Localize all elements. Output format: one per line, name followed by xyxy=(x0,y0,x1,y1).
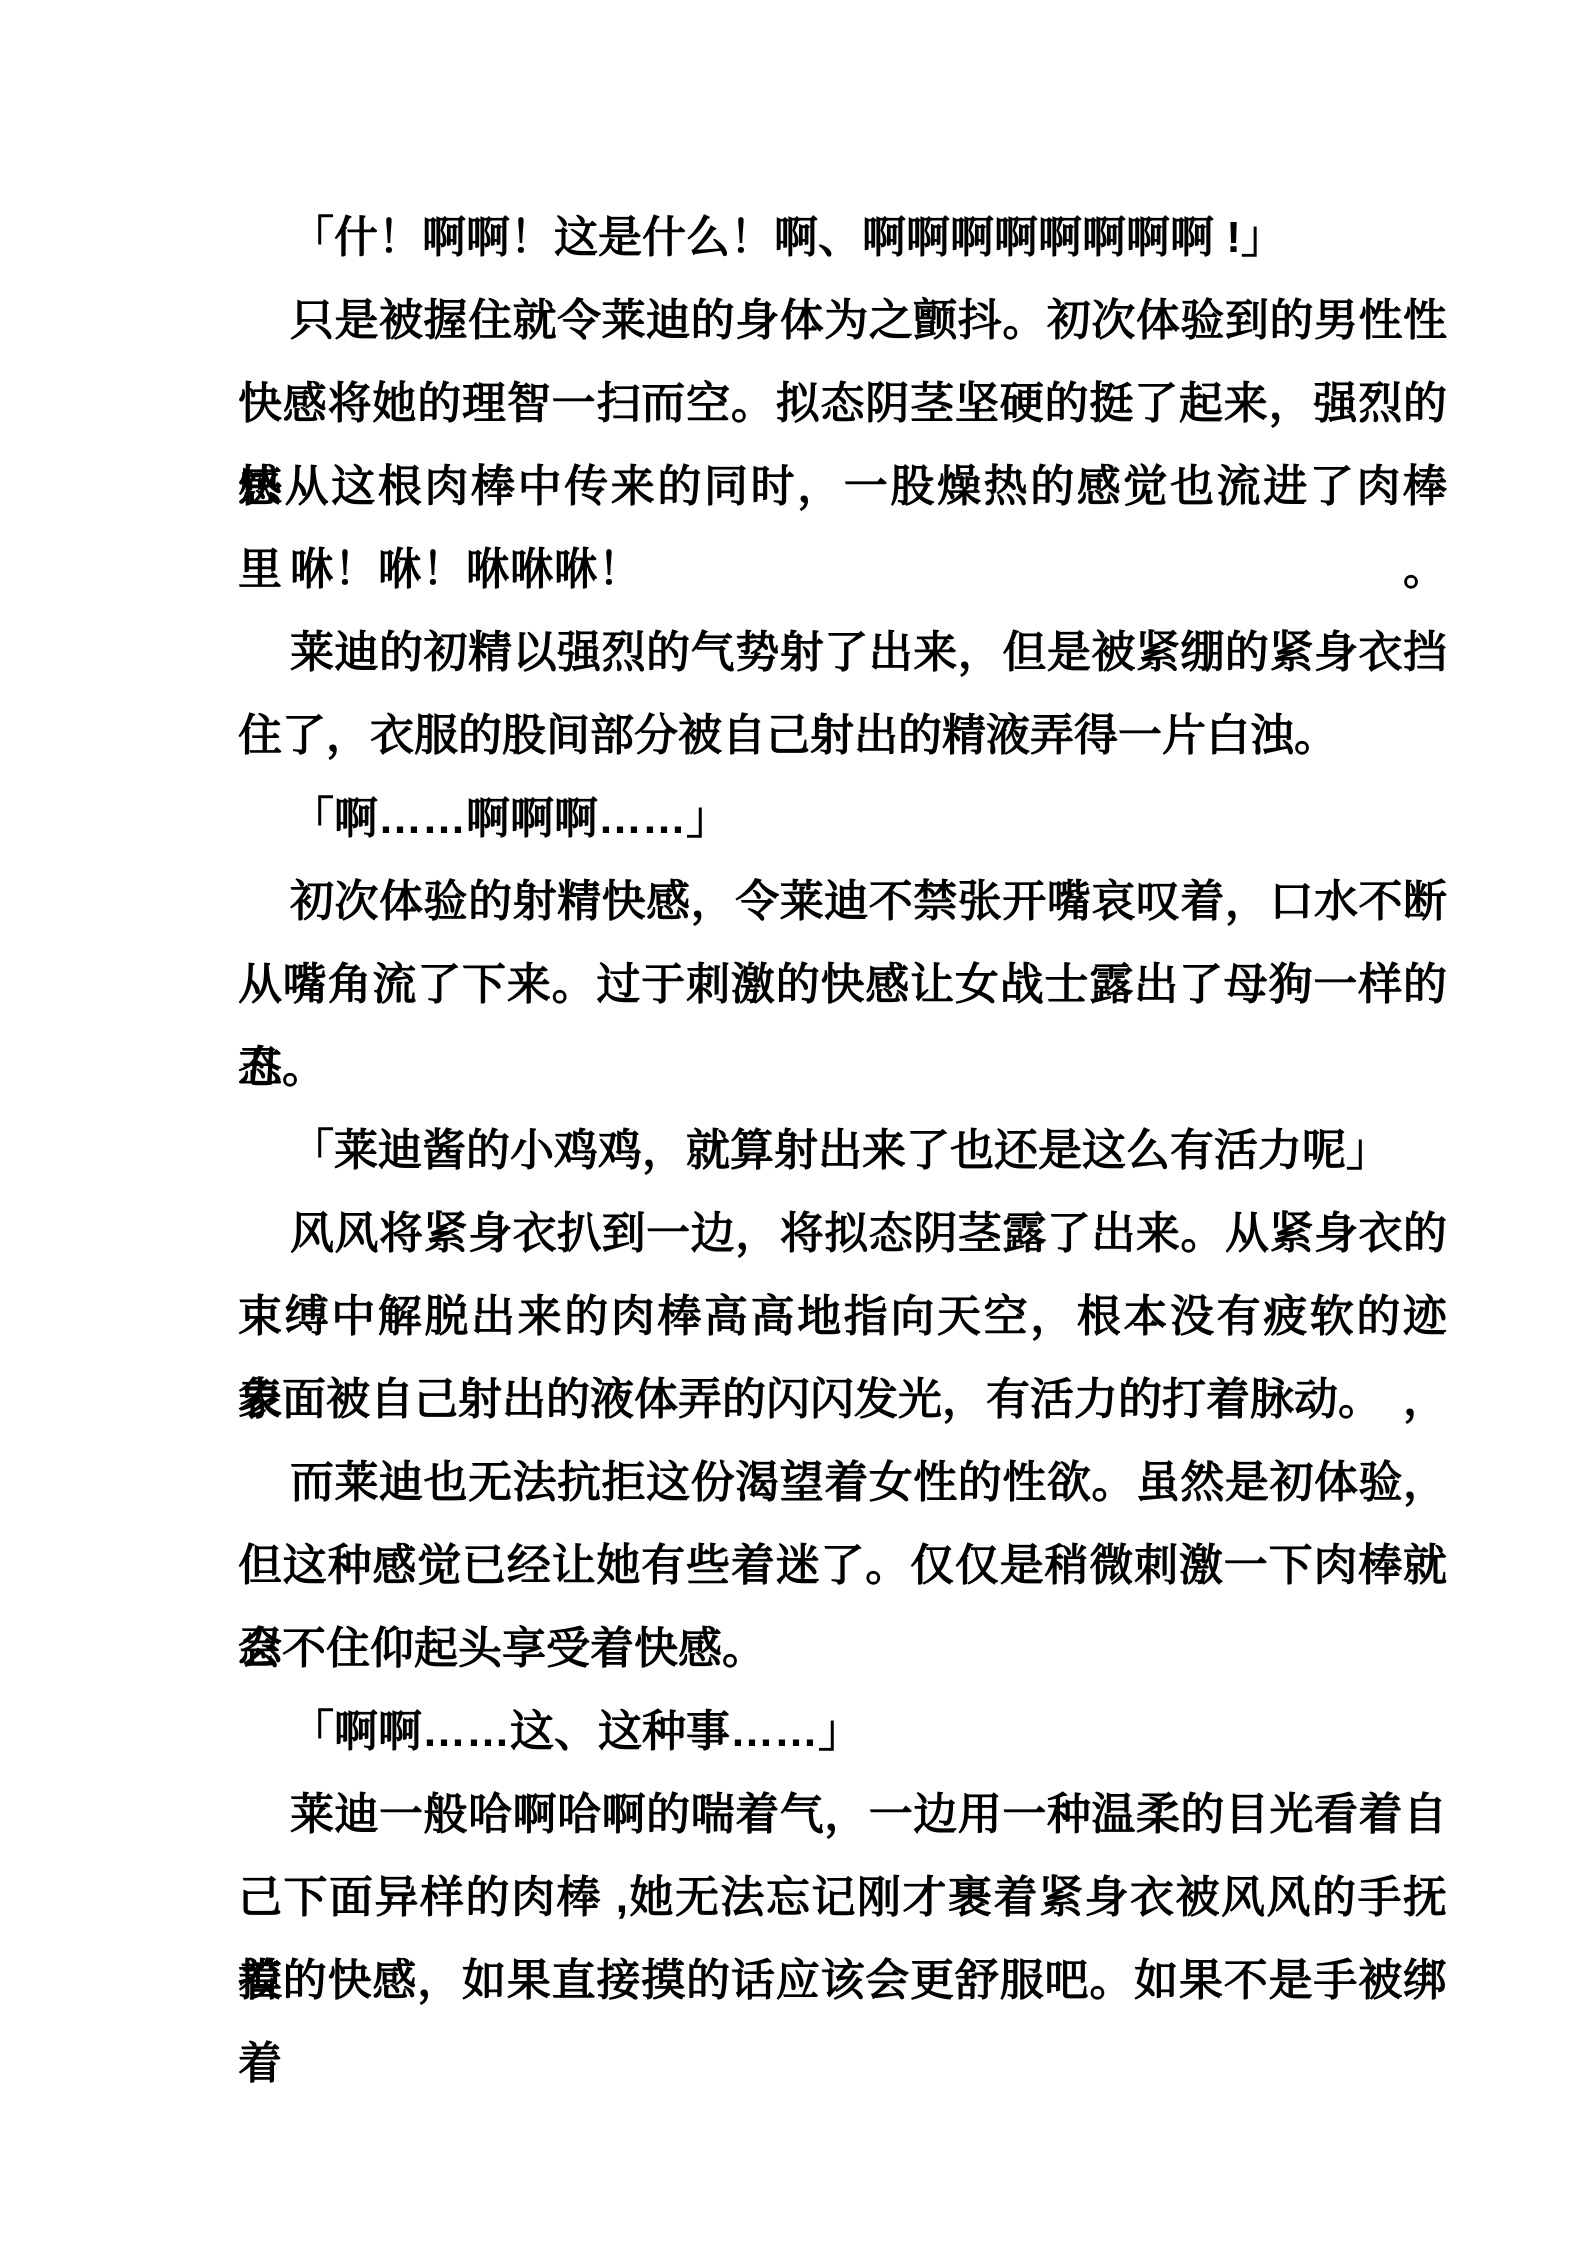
text-line: 快感将她的理智一扫而空。拟态阴茎坚硬的挺了起来，强烈的快 xyxy=(238,362,1447,445)
text-line: 「什！啊啊！这是什么！啊、啊啊啊啊啊啊啊啊 !」 xyxy=(238,196,1447,279)
text-line: 初次体验的射精快感，令莱迪不禁张开嘴哀叹着，口水不断 xyxy=(238,860,1447,943)
text-line: 而莱迪也无法抗拒这份渴望着女性的性欲。虽然是初体验， xyxy=(238,1441,1447,1524)
text-line: 莱迪的初精以强烈的气势射了出来，但是被紧绷的紧身衣挡 xyxy=(238,611,1447,694)
text-line: 束缚中解脱出来的肉棒高高地指向天空，根本没有疲软的迹象， xyxy=(238,1275,1447,1358)
novel-text-block: 「什！啊啊！这是什么！啊、啊啊啊啊啊啊啊啊 !」只是被握住就令莱迪的身体为之颤抖… xyxy=(238,196,1447,2022)
text-line: 住了，衣服的股间部分被自己射出的精液弄得一片白浊。 xyxy=(238,694,1447,777)
text-line: 己下面异样的肉棒 ,她无法忘记刚才裹着紧身衣被风风的手抚摸 xyxy=(238,1856,1447,1939)
text-line: 「莱迪酱的小鸡鸡，就算射出来了也还是这么有活力呢」 xyxy=(238,1109,1447,1192)
text-line: 莱迪一般哈啊哈啊的喘着气，一边用一种温柔的目光看着自 xyxy=(238,1773,1447,1856)
text-line: 「啊啊……这、这种事……」 xyxy=(238,1690,1447,1773)
text-line: 但这种感觉已经让她有些着迷了。仅仅是稍微刺激一下肉棒就会 xyxy=(238,1524,1447,1607)
text-line: 着的快感，如果直接摸的话应该会更舒服吧。如果不是手被绑着 xyxy=(238,1939,1447,2022)
text-line: 只是被握住就令莱迪的身体为之颤抖。初次体验到的男性性 xyxy=(238,279,1447,362)
text-line: 从嘴角流了下来。过于刺激的快感让女战士露出了母狗一样的丑 xyxy=(238,943,1447,1026)
novel-page: 「什！啊啊！这是什么！啊、啊啊啊啊啊啊啊啊 !」只是被握住就令莱迪的身体为之颤抖… xyxy=(0,0,1587,2245)
text-line: 态。 xyxy=(238,1026,1447,1109)
text-line: 风风将紧身衣扒到一边，将拟态阴茎露了出来。从紧身衣的 xyxy=(238,1192,1447,1275)
text-line: 忍不住仰起头享受着快感。 xyxy=(238,1607,1447,1690)
text-line: 感从这根肉棒中传来的同时，一股燥热的感觉也流进了肉棒里。 xyxy=(238,445,1447,528)
text-line: 表面被自己射出的液体弄的闪闪发光，有活力的打着脉动。 xyxy=(238,1358,1447,1441)
text-line: 「啊……啊啊啊……」 xyxy=(238,777,1447,860)
